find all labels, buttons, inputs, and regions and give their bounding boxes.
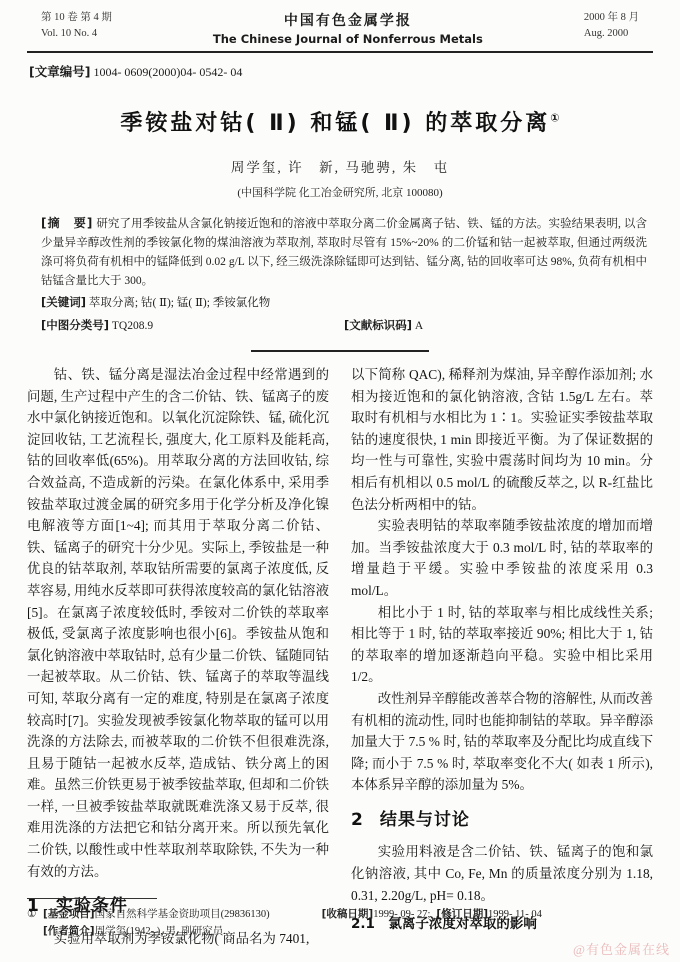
- abstract-text: 研究了用季铵盐从含氯化钠接近饱和的溶液中萃取分离二价金属离子钴、铁、锰的方法。实…: [41, 218, 647, 287]
- footnote-divider: [27, 898, 157, 899]
- received-label: [收稿日期]: [322, 906, 374, 923]
- section-2-title: 结果与讨论: [380, 810, 470, 830]
- author-bio-label: [作者简介]: [43, 923, 95, 940]
- issue-date-en: Aug. 2000: [584, 26, 639, 42]
- authors-line: 周学玺, 许 新, 马驰骋, 朱 屯: [27, 156, 653, 176]
- volume-issue: 第 10 卷 第 4 期 Vol. 10 No. 4: [41, 10, 112, 42]
- clc-label: [中图分类号]: [41, 318, 109, 332]
- received-date: 1999- 09- 27;: [373, 906, 430, 923]
- keywords-block: [关键词] 萃取分离; 钴( Ⅱ); 锰( Ⅱ); 季铵氯化物: [41, 293, 647, 313]
- doc-code-label: [文献标识码]: [344, 318, 412, 332]
- paper-title: 季铵盐对钴( Ⅱ) 和锰( Ⅱ) 的萃取分离①: [27, 106, 653, 137]
- section-2-number: 2: [351, 810, 364, 830]
- paper-title-text: 季铵盐对钴( Ⅱ) 和锰( Ⅱ) 的萃取分离: [120, 111, 550, 136]
- footnote-spacer: [270, 906, 322, 923]
- abstract-block: [摘 要] 研究了用季铵盐从含氯化钠接近饱和的溶液中萃取分离二价金属离子钴、铁、…: [41, 214, 647, 291]
- article-number-line: [文章编号] 1004- 0609(2000)04- 0542- 04: [29, 62, 651, 80]
- footnote-block: ① [基金项目] 国家自然科学基金资助项目(29836130) [收稿日期] 1…: [27, 898, 653, 940]
- journal-page: 第 10 卷 第 4 期 Vol. 10 No. 4 中国有色金属学报 The …: [0, 0, 680, 962]
- revised-date: 1999- 11- 04: [488, 906, 542, 923]
- author-bio-text: 周学玺(1942- ), 男, 副研究员.: [95, 923, 226, 940]
- revised-label: [修订日期]: [436, 906, 488, 923]
- site-watermark: @有色金属在线: [573, 939, 670, 958]
- modifier-paragraph: 改性剂异辛醇能改善萃合物的溶解性, 从而改善有机相的流动性, 同时也能抑制钴的萃…: [351, 688, 653, 796]
- footnote-line-1: ① [基金项目] 国家自然科学基金资助项目(29836130) [收稿日期] 1…: [27, 906, 653, 923]
- keywords-label: [关键词]: [41, 295, 86, 309]
- feed-solution-paragraph: 实验用料液是含二价钴、铁、锰离子的饱和氯化钠溶液, 其中 Co, Fe, Mn …: [351, 841, 653, 906]
- journal-name-cn: 中国有色金属学报: [213, 10, 483, 30]
- section-2-heading: 2结果与讨论: [351, 810, 653, 832]
- footnote-mark: ①: [27, 906, 43, 923]
- intro-paragraph: 钴、铁、锰分离是湿法冶金过程中经常遇到的问题, 生产过程中产生的含二价钴、铁、锰…: [27, 364, 329, 882]
- body-columns: 钴、铁、锰分离是湿法冶金过程中经常遇到的问题, 生产过程中产生的含二价钴、铁、锰…: [27, 364, 653, 949]
- doc-code-block: [文献标识码] A: [344, 316, 647, 336]
- doc-code-value: A: [412, 320, 423, 332]
- volume-en: Vol. 10 No. 4: [41, 26, 112, 42]
- footnote-line-2: [作者简介] 周学玺(1942- ), 男, 副研究员.: [43, 923, 653, 940]
- fund-label: [基金项目]: [43, 906, 95, 923]
- article-number-value: 1004- 0609(2000)04- 0542- 04: [90, 65, 242, 79]
- left-column: 钴、铁、锰分离是湿法冶金过程中经常遇到的问题, 生产过程中产生的含二价钴、铁、锰…: [27, 364, 329, 949]
- abstract-label: [摘 要]: [41, 216, 93, 230]
- affiliation-line: (中国科学院 化工冶金研究所, 北京 100080): [27, 184, 653, 200]
- phase-ratio-paragraph: 相比小于 1 时, 钴的萃取率与相比成线性关系; 相比等于 1 时, 钴的萃取率…: [351, 602, 653, 688]
- clc-value: TQ208.9: [109, 320, 153, 332]
- issue-date: 2000 年 8 月 Aug. 2000: [584, 10, 639, 42]
- clc-block: [中图分类号] TQ208.9: [41, 316, 344, 336]
- classification-row: [中图分类号] TQ208.9 [文献标识码] A: [41, 316, 647, 336]
- title-footnote-mark: ①: [550, 112, 559, 125]
- journal-header: 第 10 卷 第 4 期 Vol. 10 No. 4 中国有色金属学报 The …: [27, 10, 653, 46]
- experiment-paragraph-continued: 以下简称 QAC), 稀释剂为煤油, 异辛醇作添加剂; 水相为接近饱和的氯化钠溶…: [351, 364, 653, 515]
- issue-date-cn: 2000 年 8 月: [584, 10, 639, 26]
- fund-text: 国家自然科学基金资助项目(29836130): [95, 906, 270, 923]
- header-divider: [27, 51, 653, 53]
- concentration-paragraph: 实验表明钴的萃取率随季铵盐浓度的增加而增加。当季铵盐浓度大于 0.3 mol/L…: [351, 515, 653, 601]
- keywords-text: 萃取分离; 钴( Ⅱ); 锰( Ⅱ); 季铵氯化物: [86, 297, 270, 309]
- title-body-divider: [251, 350, 429, 352]
- journal-name: 中国有色金属学报 The Chinese Journal of Nonferro…: [213, 10, 483, 46]
- right-column: 以下简称 QAC), 稀释剂为煤油, 异辛醇作添加剂; 水相为接近饱和的氯化钠溶…: [351, 364, 653, 949]
- volume-cn: 第 10 卷 第 4 期: [41, 10, 112, 26]
- journal-name-en: The Chinese Journal of Nonferrous Metals: [213, 32, 483, 46]
- article-number-label: [文章编号]: [29, 64, 90, 79]
